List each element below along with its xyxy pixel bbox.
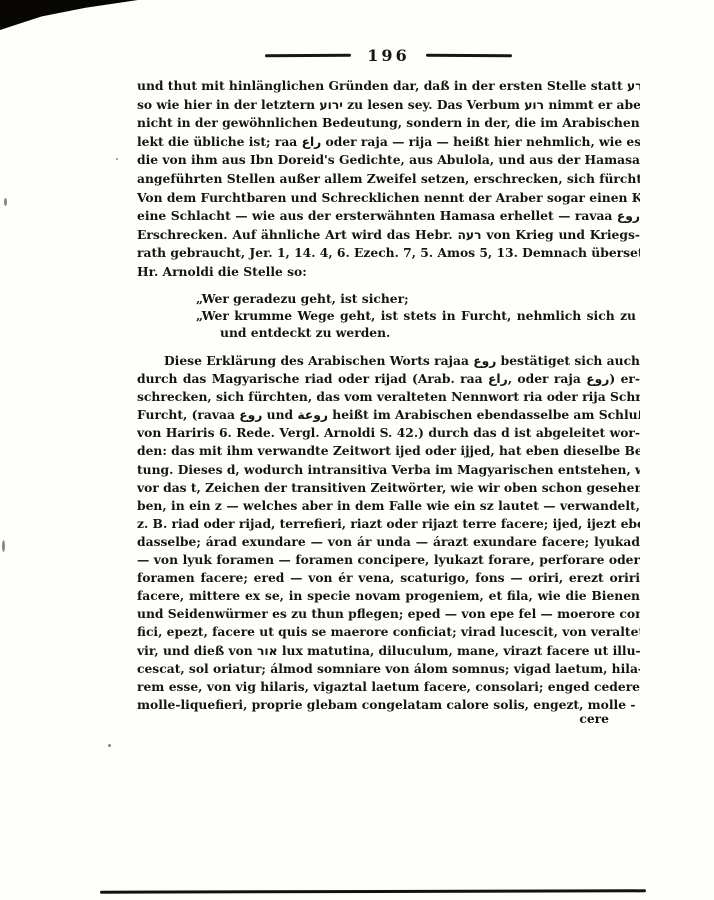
quote-line: und entdeckt zu werden.: [196, 325, 636, 342]
text-line: vir, und dieß von אור lux matutina, dilu…: [137, 642, 640, 660]
text-line: cescat, sol oriatur; álmod somniare von …: [137, 660, 640, 678]
text-line: rath gebraucht, Jer. 1, 14. 4, 6. Ezech.…: [137, 244, 640, 263]
text-line: den: das mit ihm verwandte Zeitwort ijed…: [137, 442, 640, 460]
text-line: vor das t, Zeichen der transitiven Zeitw…: [137, 479, 640, 497]
text-line: durch das Magyarische riad oder rijad (A…: [137, 370, 640, 388]
running-head: 196: [137, 46, 640, 65]
text-line: tung. Dieses d, wodurch intransitiva Ver…: [137, 461, 640, 479]
text-line: z. B. riad oder rijad, terrefieri, riazt…: [137, 515, 640, 533]
text-line: und Seidenwürmer es zu thun pflegen; epe…: [137, 605, 640, 623]
scan-corner-artifact: [0, 0, 138, 30]
text-line: Furcht, (ravaa روع und روعة heißt im Ara…: [137, 406, 640, 424]
text-line: von Hariris 6. Rede. Vergl. Arnoldi S. 4…: [137, 424, 640, 442]
text-line: Erschrecken. Auf ähnliche Art wird das H…: [137, 226, 640, 245]
text-line: rem esse, von vig hilaris, vigaztal laet…: [137, 678, 640, 696]
scan-speck: [108, 744, 111, 747]
text-line: so wie hier in der letztern ירוע zu lese…: [137, 96, 640, 115]
text-line: eine Schlacht — wie aus der ersterwähnte…: [137, 207, 640, 226]
text-line: die von ihm aus Ibn Doreid's Gedichte, a…: [137, 151, 640, 170]
header-rule-right: [426, 54, 512, 58]
text-line: Von dem Furchtbaren und Schrecklichen ne…: [137, 189, 640, 208]
scan-speck: [2, 540, 5, 552]
text-line: fici, epezt, facere ut quis se maerore c…: [137, 623, 640, 641]
text-line: und thut mit hinlänglichen Gründen dar, …: [137, 77, 640, 96]
text-line: dasselbe; árad exundare — von ár unda — …: [137, 533, 640, 551]
text-line: facere, mittere ex se, in specie novam p…: [137, 587, 640, 605]
text-line: angeführten Stellen außer allem Zweifel …: [137, 170, 640, 189]
text-line: Hr. Arnoldi die Stelle so:: [137, 263, 640, 282]
text-line: foramen facere; ered — von ér vena, scat…: [137, 569, 640, 587]
text-line: schrecken, sich fürchten, das vom veralt…: [137, 388, 640, 406]
scan-speck: [116, 158, 118, 160]
text-line: Diese Erklärung des Arabischen Worts raj…: [137, 352, 640, 370]
quote-line: „Wer geradezu geht, ist sicher;: [196, 291, 636, 308]
page-number: 196: [367, 46, 409, 65]
text-line: nicht in der gewöhnlichen Bedeutung, son…: [137, 114, 640, 133]
scanned-book-page: 196 und thut mit hinlänglichen Gründen d…: [0, 0, 714, 900]
text-line: — von lyuk foramen — foramen concipere, …: [137, 551, 640, 569]
paragraph-1: und thut mit hinlänglichen Gründen dar, …: [137, 77, 640, 282]
text-line: lekt die übliche ist; raa راع oder raja …: [137, 133, 640, 152]
quotation-block: „Wer geradezu geht, ist sicher; „Wer kru…: [196, 291, 636, 341]
quote-line: „Wer krumme Wege geht, ist stets in Furc…: [196, 308, 636, 325]
scan-speck: [4, 198, 7, 206]
text-line: ben, in ein z — welches aber in dem Fall…: [137, 497, 640, 515]
paragraph-2: Diese Erklärung des Arabischen Worts raj…: [137, 352, 640, 714]
scan-bottom-rule-artifact: [100, 889, 646, 893]
header-rule-left: [265, 54, 351, 58]
catchword-text: cere: [579, 711, 609, 726]
catchword: cere: [137, 710, 609, 728]
